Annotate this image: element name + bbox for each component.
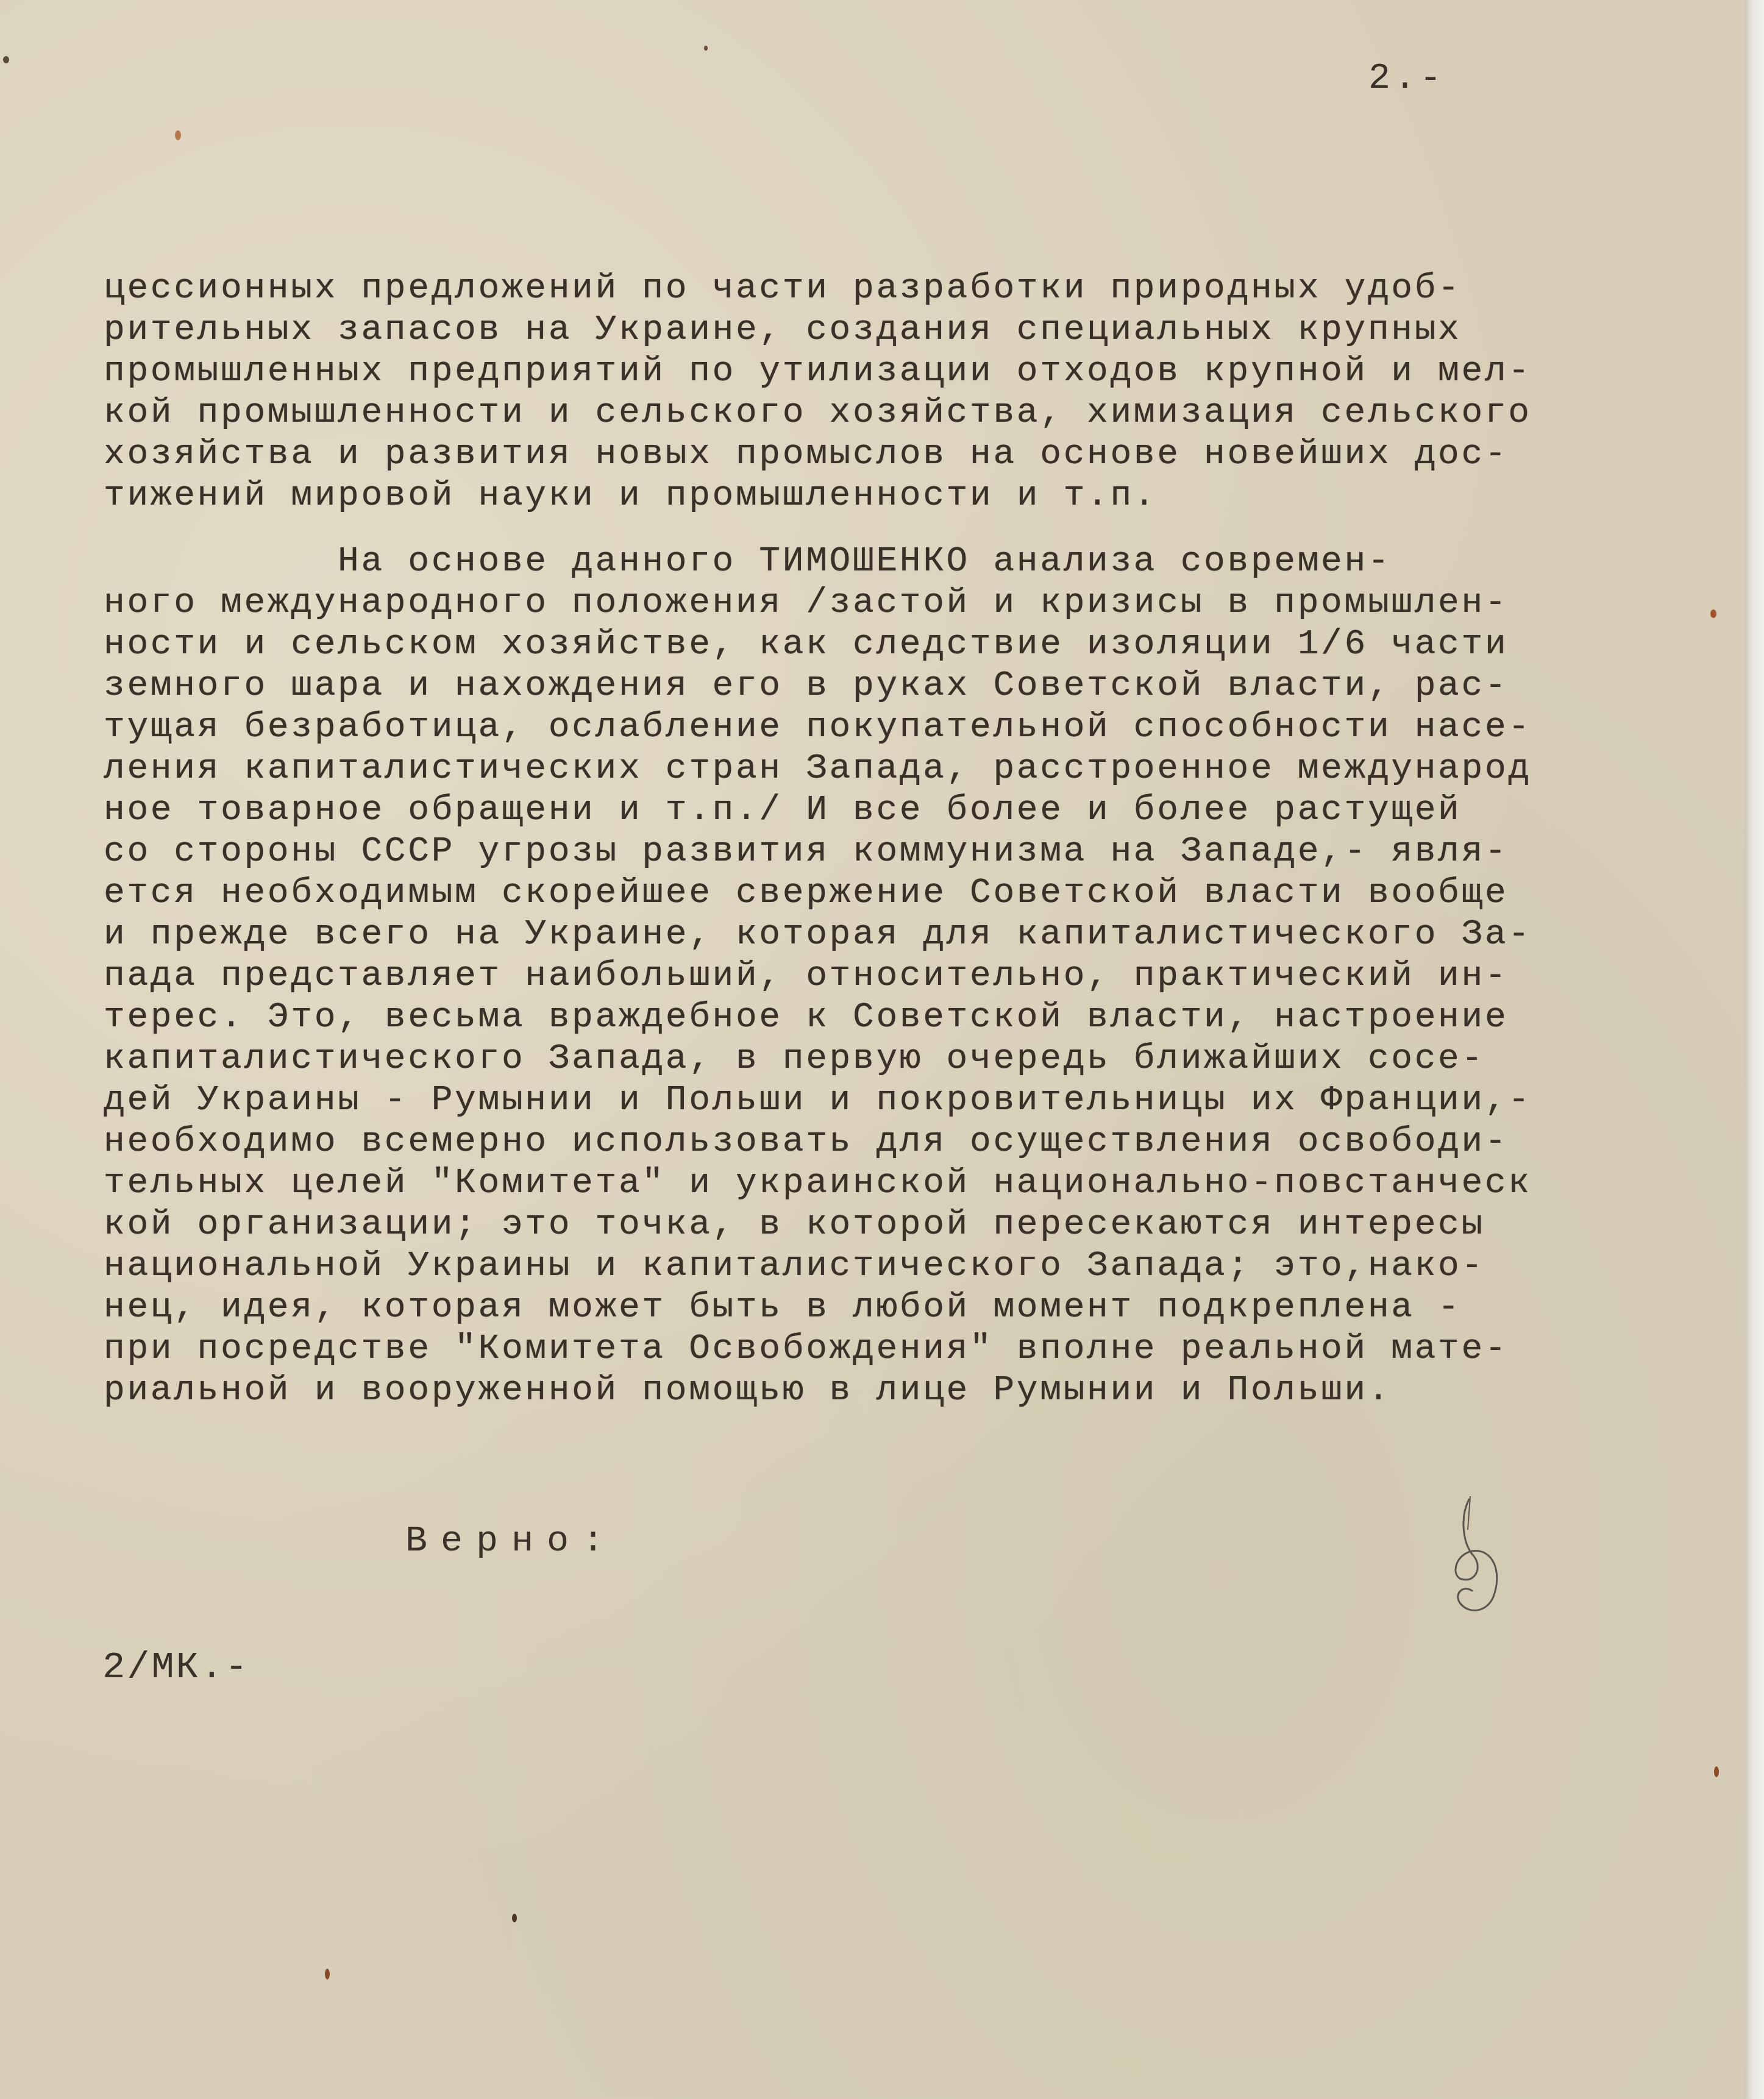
text-line: при посредстве "Комитета Освобождения" в… (104, 1329, 1749, 1370)
text-line: хозяйства и развития новых промыслов на … (104, 434, 1749, 475)
text-line: ного международного положения /застой и … (104, 583, 1749, 624)
text-line: ное товарное обращени и т.п./ И все боле… (104, 790, 1749, 831)
text-line: со стороны СССР угрозы развития коммуниз… (104, 831, 1749, 873)
text-line: и прежде всего на Украине, которая для к… (104, 914, 1749, 956)
paper-speck (175, 130, 181, 140)
text-line: ления капиталистических стран Запада, ра… (104, 748, 1749, 790)
paragraph-1: цессионных предложений по части разработ… (104, 268, 1749, 517)
text-line: тущая безработица, ослабление покупатель… (104, 707, 1749, 748)
text-line: пада представляет наибольший, относитель… (104, 956, 1749, 997)
page-number: 2.- (1368, 58, 1445, 99)
text-line: кой промышленности и сельского хозяйства… (104, 392, 1749, 434)
paper-speck (325, 1969, 330, 1980)
certification-label: Верно: (405, 1521, 617, 1562)
text-line: риальной и вооруженной помощью в лице Ру… (104, 1370, 1749, 1412)
text-line: земного шара и нахождения его в руках Со… (104, 666, 1749, 707)
text-line: ется необходимым скорейшее свержение Сов… (104, 873, 1749, 914)
reference-mark: 2/МК.- (102, 1646, 249, 1689)
paragraph-gap (104, 517, 1749, 541)
text-line: ности и сельском хозяйстве, как следстви… (104, 624, 1749, 666)
text-line: необходимо всемерно использовать для осу… (104, 1121, 1749, 1163)
text-line: национальной Украины и капиталистическог… (104, 1246, 1749, 1287)
signature-icon (1426, 1493, 1518, 1627)
text-line: кой организации; это точка, в которой пе… (104, 1204, 1749, 1246)
paper-speck (1714, 1766, 1719, 1777)
text-line: На основе данного ТИМОШЕНКО анализа совр… (104, 541, 1749, 583)
document-body: цессионных предложений по части разработ… (104, 268, 1749, 1412)
text-line: терес. Это, весьма враждебное к Советско… (104, 997, 1749, 1039)
text-line: тижений мировой науки и промышленности и… (104, 475, 1749, 517)
text-line: цессионных предложений по части разработ… (104, 268, 1749, 310)
paper-speck (512, 1914, 517, 1922)
text-line: рительных запасов на Украине, создания с… (104, 310, 1749, 351)
text-line: капиталистического Запада, в первую очер… (104, 1039, 1749, 1080)
text-line: промышленных предприятий по утилизации о… (104, 351, 1749, 392)
text-line: нец, идея, которая может быть в любой мо… (104, 1287, 1749, 1329)
paragraph-2: На основе данного ТИМОШЕНКО анализа совр… (104, 541, 1749, 1412)
text-line: дей Украины - Румынии и Польши и покрови… (104, 1080, 1749, 1121)
paper-speck (704, 46, 708, 51)
text-line: тельных целей "Комитета" и украинской на… (104, 1163, 1749, 1204)
paper-speck (3, 56, 9, 63)
